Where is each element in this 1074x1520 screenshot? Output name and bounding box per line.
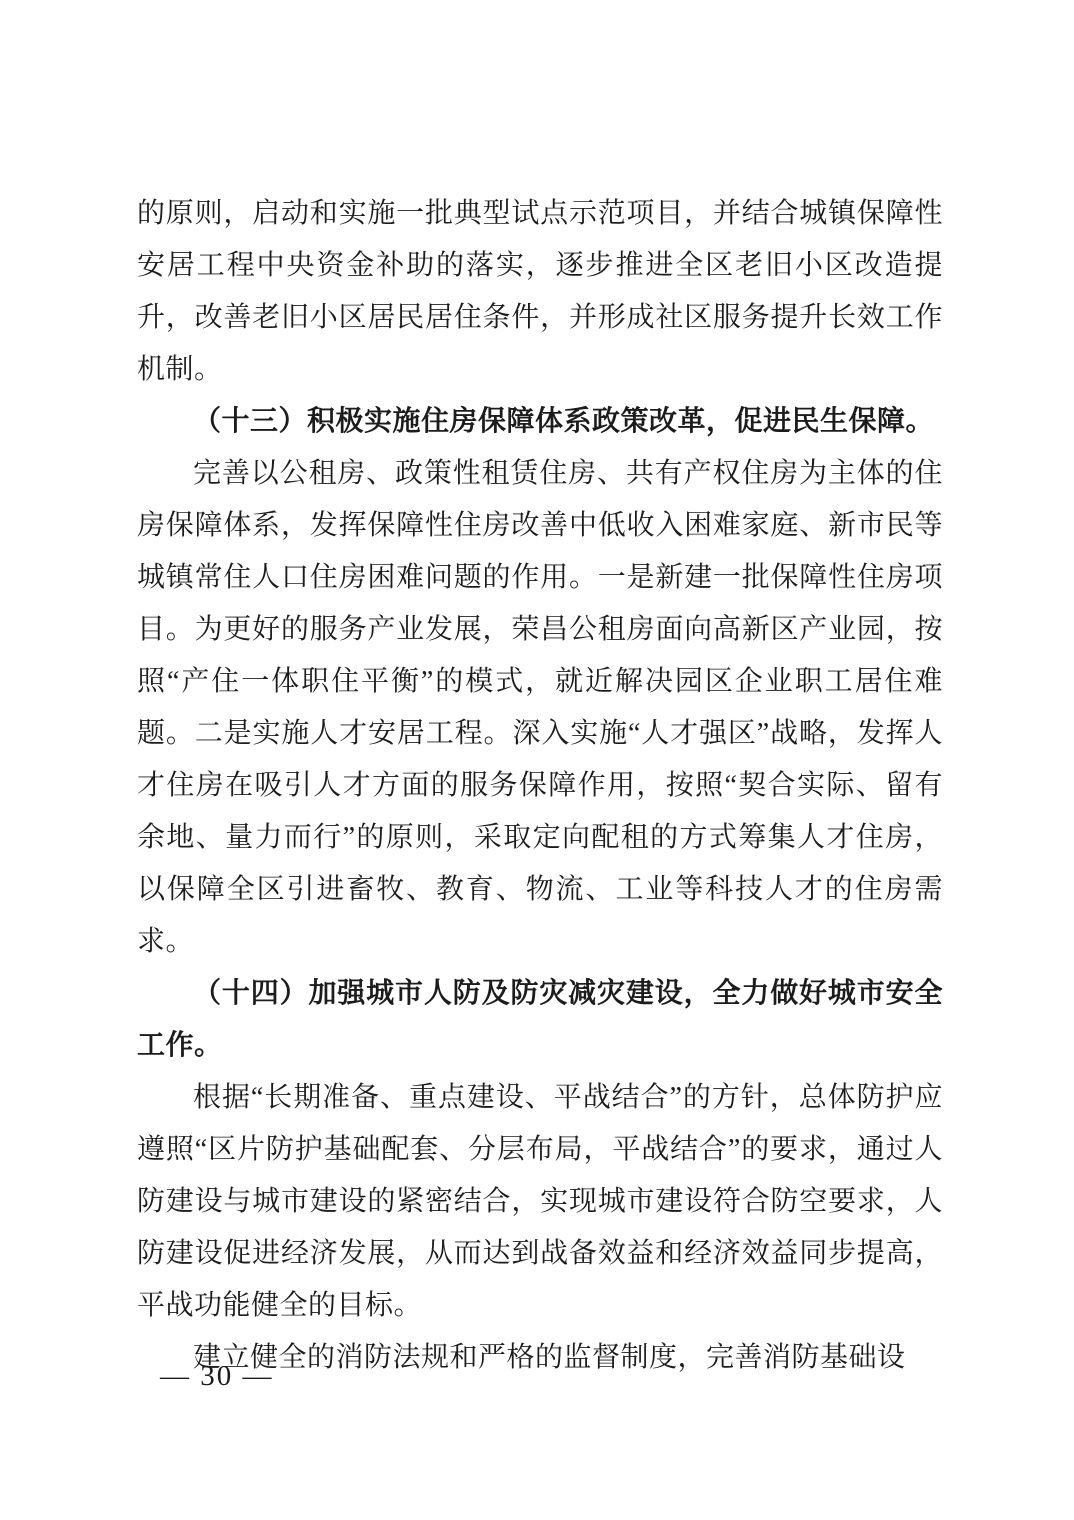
paragraph-civil-defense-policy: 根据“长期准备、重点建设、平战结合”的方针，总体防护应遵照“区片防护基础配套、分…: [137, 1072, 943, 1332]
section-heading-14-civil-defense: （十四）加强城市人防及防灾减灾建设，全力做好城市安全工作。: [137, 968, 943, 1072]
section-heading-13-housing-security: （十三）积极实施住房保障体系政策改革，促进民生保障。: [137, 396, 943, 448]
page-number: — 30 —: [160, 1358, 274, 1394]
paragraph-old-district-renovation-continuation: 的原则，启动和实施一批典型试点示范项目，并结合城镇保障性安居工程中央资金补助的落…: [137, 188, 943, 396]
document-body: 的原则，启动和实施一批典型试点示范项目，并结合城镇保障性安居工程中央资金补助的落…: [137, 188, 943, 1384]
document-page: 的原则，启动和实施一批典型试点示范项目，并结合城镇保障性安居工程中央资金补助的落…: [0, 0, 1074, 1520]
paragraph-housing-security-system: 完善以公租房、政策性租赁住房、共有产权住房为主体的住房保障体系，发挥保障性住房改…: [137, 448, 943, 968]
